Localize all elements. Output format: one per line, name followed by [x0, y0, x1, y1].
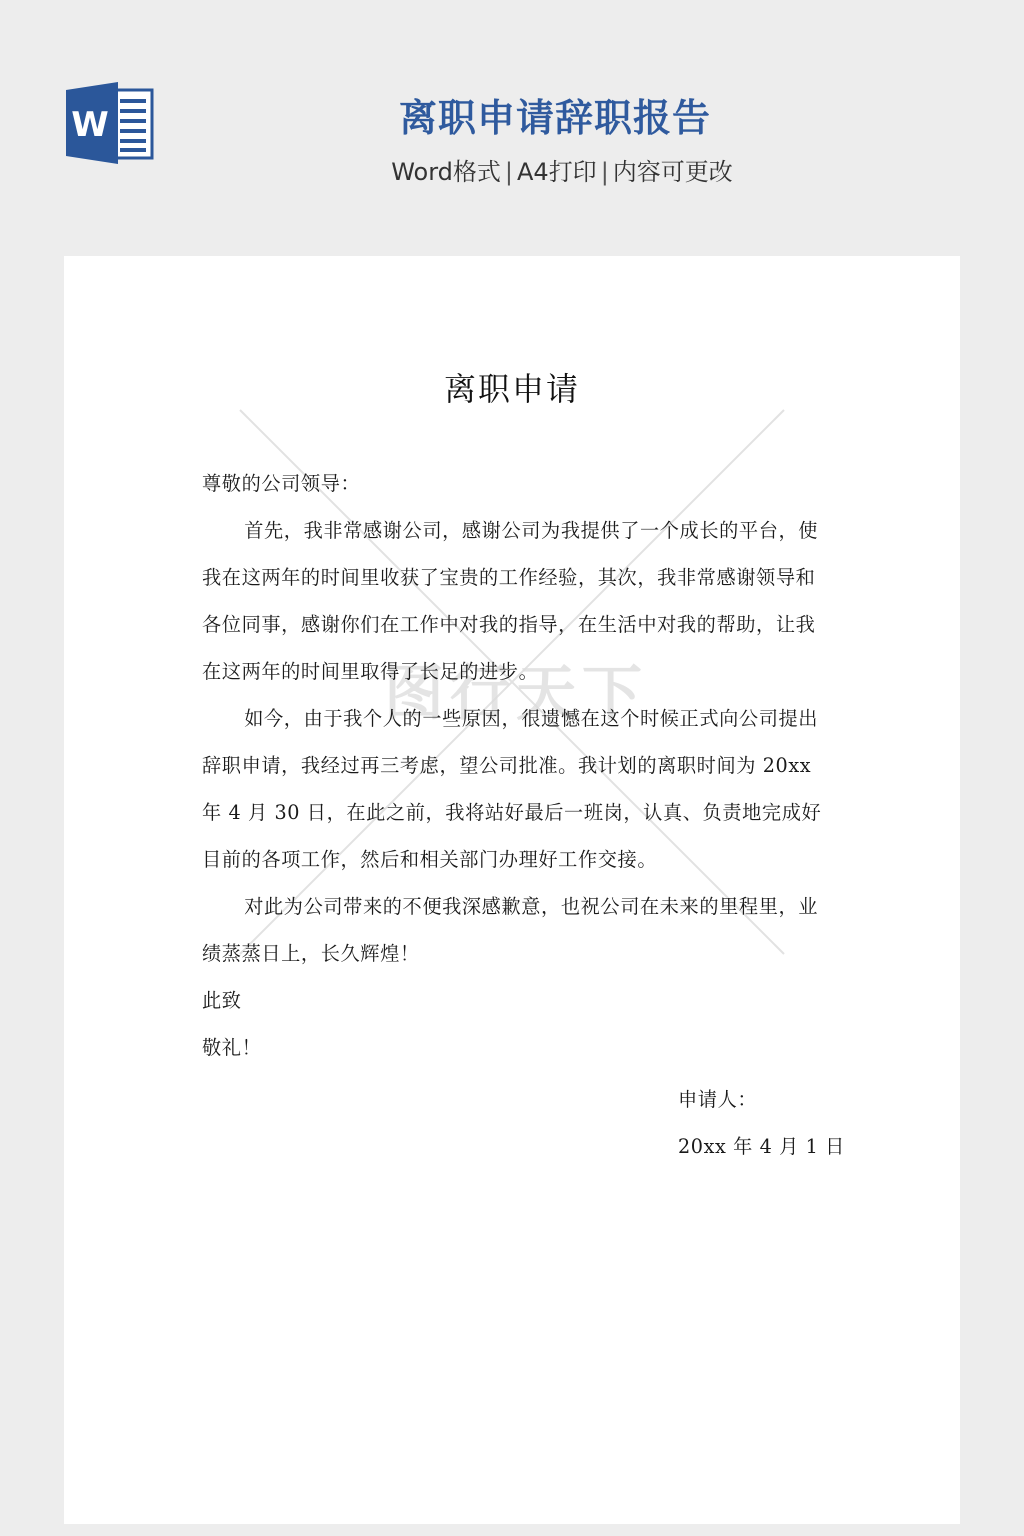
header-subtitle: Word格式|A4打印|内容可更改: [360, 152, 764, 192]
document-body: 尊敬的公司领导： 首先，我非常感谢公司，感谢公司为我提供了一个成长的平台，使我在…: [202, 460, 824, 1071]
word-document-icon: W: [64, 80, 156, 164]
subtitle-separator: |: [601, 158, 609, 186]
signature-date: 20xx 年 4 月 1 日: [678, 1123, 845, 1170]
body-paragraph: 对此为公司带来的不便我深感歉意，也祝公司在未来的里程里，业绩蒸蒸日上，长久辉煌！: [202, 883, 824, 977]
document-page: 图行天下 离职申请 尊敬的公司领导： 首先，我非常感谢公司，感谢公司为我提供了一…: [64, 256, 960, 1524]
signature-label: 申请人：: [678, 1076, 845, 1123]
header-title: 离职申请辞职报告: [380, 92, 730, 144]
subtitle-format: Word格式: [391, 158, 501, 186]
body-paragraph: 如今，由于我个人的一些原因，很遗憾在这个时候正式向公司提出辞职申请，我经过再三考…: [202, 695, 824, 883]
body-paragraph: 首先，我非常感谢公司，感谢公司为我提供了一个成长的平台，使我在这两年的时间里收获…: [202, 507, 824, 695]
document-title: 离职申请: [64, 366, 960, 412]
subtitle-separator: |: [505, 158, 513, 186]
closing-line-2: 敬礼！: [202, 1024, 824, 1071]
salutation: 尊敬的公司领导：: [202, 460, 824, 507]
closing-line-1: 此致: [202, 977, 824, 1024]
svg-text:W: W: [71, 105, 109, 145]
subtitle-print: A4打印: [517, 158, 597, 186]
subtitle-editable: 内容可更改: [613, 158, 733, 186]
header: W 离职申请辞职报告 Word格式|A4打印|内容可更改: [0, 0, 1024, 256]
signature-block: 申请人： 20xx 年 4 月 1 日: [678, 1076, 845, 1170]
